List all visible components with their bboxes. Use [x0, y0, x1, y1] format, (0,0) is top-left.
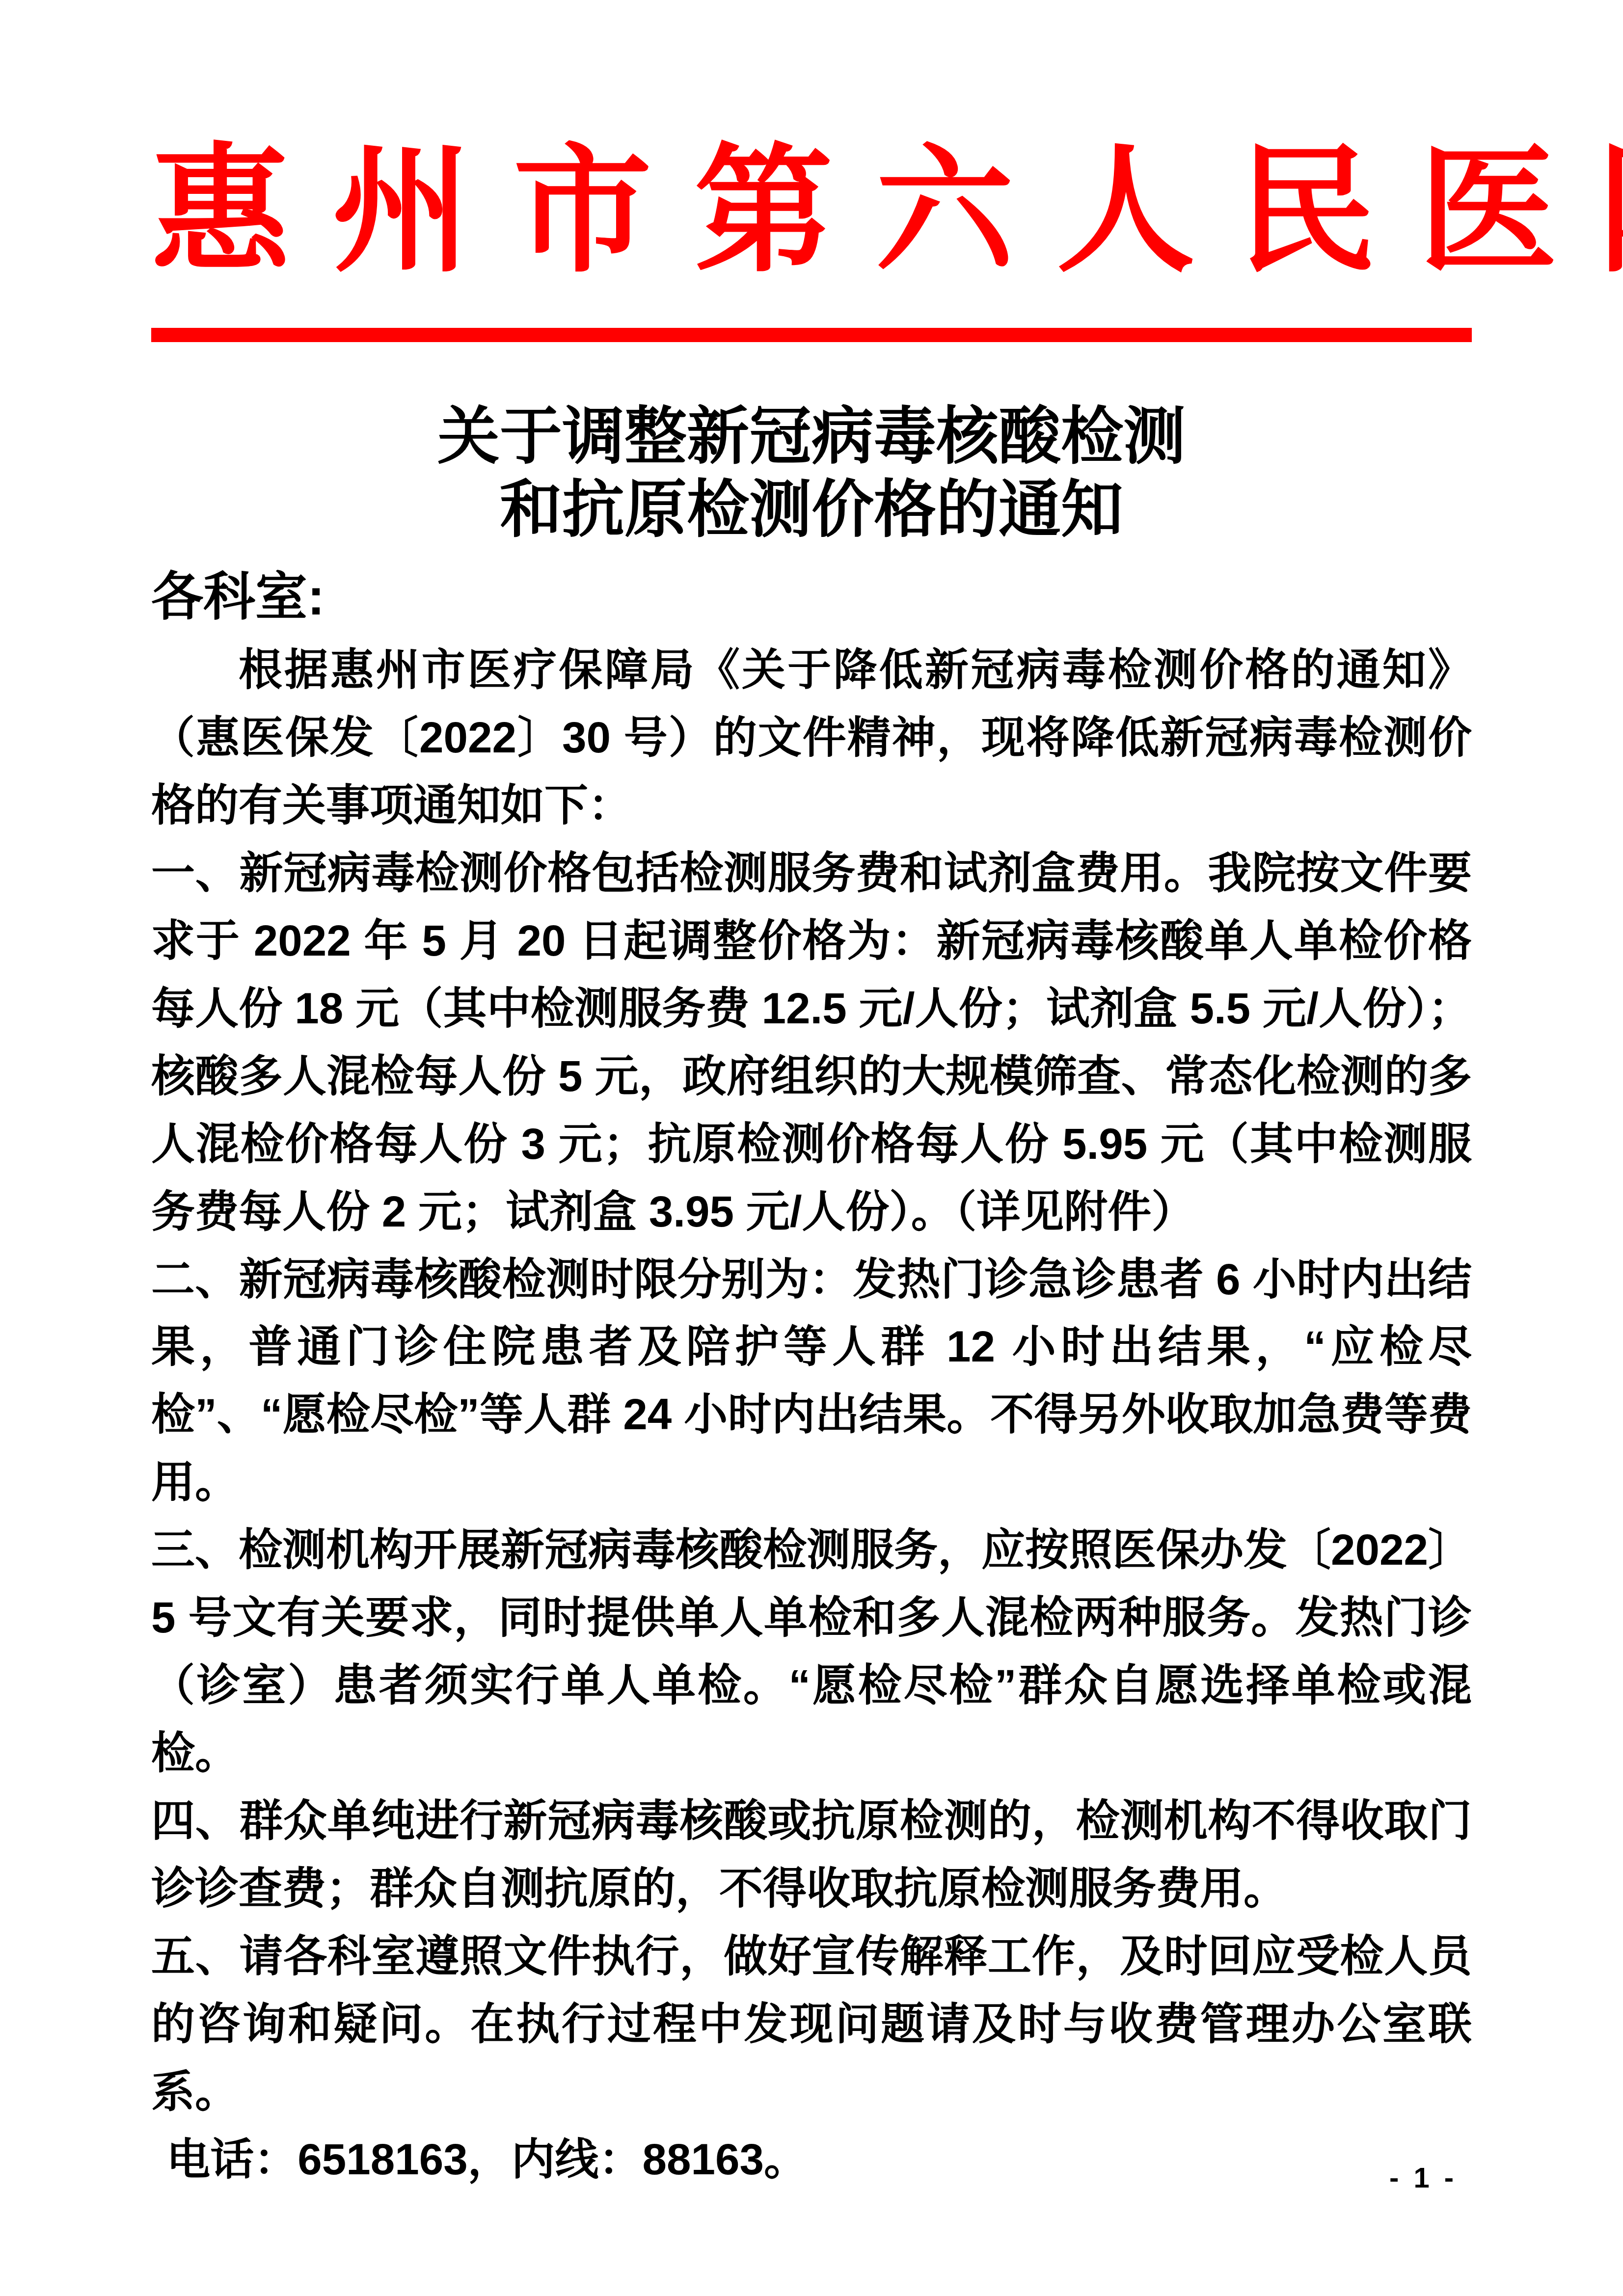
paragraph-item-4: 四、群众单纯进行新冠病毒核酸或抗原检测的，检测机构不得收取门诊诊查费；群众自测抗… — [151, 1787, 1472, 1922]
paragraph-intro: 根据惠州市医疗保障局《关于降低新冠病毒检测价格的通知》（惠医保发〔2022〕30… — [151, 636, 1472, 839]
notice-body: 根据惠州市医疗保障局《关于降低新冠病毒检测价格的通知》（惠医保发〔2022〕30… — [151, 636, 1472, 2193]
paragraph-item-1: 一、新冠病毒检测价格包括检测服务费和试剂盒费用。我院按文件要求于 2022 年 … — [151, 839, 1472, 1246]
page-number: - 1 - — [1389, 2162, 1457, 2194]
salutation: 各科室: — [151, 567, 1472, 627]
contact-phone-line: 电话：6518163，内线：88163。 — [151, 2126, 1472, 2193]
hospital-name-header: 惠 州 市 第 六 人 民 医 院 — [151, 127, 1472, 295]
paragraph-item-2: 二、新冠病毒核酸检测时限分别为：发热门诊急诊患者 6 小时内出结果，普通门诊住院… — [151, 1246, 1472, 1517]
document-title: 关于调整新冠病毒核酸检测 和抗原检测价格的通知 — [151, 400, 1472, 546]
paragraph-item-3: 三、检测机构开展新冠病毒核酸检测服务，应按照医保办发〔2022〕5 号文有关要求… — [151, 1516, 1472, 1787]
header-double-rule — [151, 328, 1472, 342]
paragraph-item-5: 五、请各科室遵照文件执行，做好宣传解释工作，及时回应受检人员的咨询和疑问。在执行… — [151, 1922, 1472, 2126]
document-title-line1: 关于调整新冠病毒核酸检测 — [151, 400, 1472, 473]
document-title-line2: 和抗原检测价格的通知 — [151, 473, 1472, 546]
notice-page: 惠 州 市 第 六 人 民 医 院 关于调整新冠病毒核酸检测 和抗原检测价格的通… — [0, 0, 1623, 2296]
